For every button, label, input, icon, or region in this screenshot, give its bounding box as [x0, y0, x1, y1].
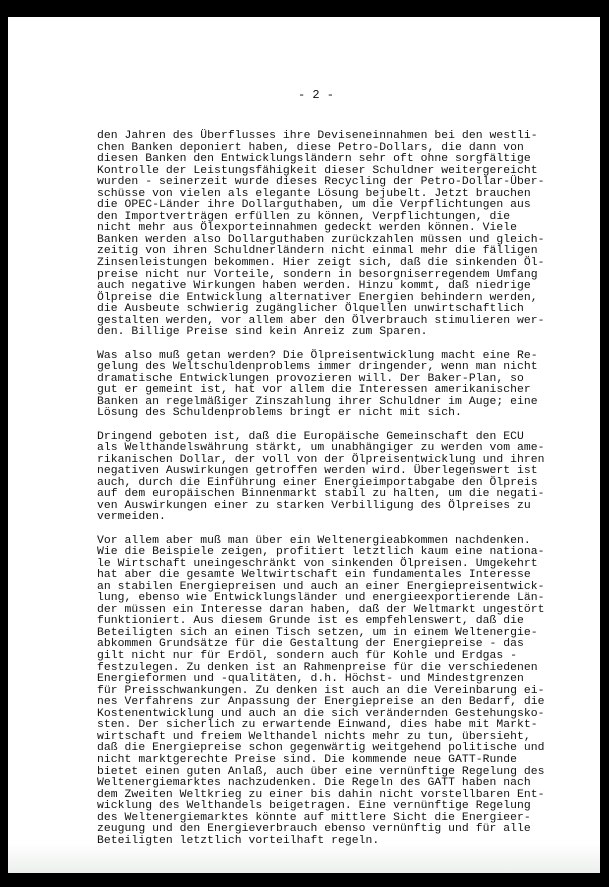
- paragraph-gap: [97, 420, 577, 432]
- paragraph-ecu: Dringend geboten ist, daß die Europäisch…: [97, 432, 577, 524]
- text-line: wurden - seinerzeit wurde dieses Recycli…: [97, 177, 577, 189]
- document-body: den Jahren des Überflusses ihre Devisene…: [97, 131, 577, 847]
- text-line: negativen Auswirkungen getroffen werden …: [97, 466, 577, 478]
- text-line: auch negative Wirkungen haben werden. Hi…: [97, 281, 577, 293]
- text-line: nicht marktgerechte Preise sind. Die kom…: [97, 755, 577, 767]
- paragraph-weltenergieabkommen: Vor allem aber muß man über ein Weltener…: [97, 536, 577, 848]
- text-line: wicklung des Welthandels beigetragen. Ei…: [97, 801, 577, 813]
- text-line: Weltenergiemarktes nachzudenken. Die Reg…: [97, 778, 577, 790]
- paragraph-petro-dollars: den Jahren des Überflusses ihre Devisene…: [97, 131, 577, 339]
- text-line: gilt nicht nur für Erdöl, sondern auch f…: [97, 651, 577, 663]
- page-number: - 2 -: [20, 88, 609, 102]
- paragraph-gap: [97, 339, 577, 351]
- text-line: Wie die Beispiele zeigen, profitiert let…: [97, 547, 577, 559]
- text-line: diesen Banken den Entwicklungsländern se…: [97, 154, 577, 166]
- text-line: den. Billige Preise sind kein Anreiz zum…: [97, 327, 577, 339]
- text-line: gelung des Weltschuldenproblems immer dr…: [97, 362, 577, 374]
- document-page: - 2 - den Jahren des Überflusses ihre De…: [8, 17, 600, 873]
- text-line: Lösung des Schuldenproblems bringt er ni…: [97, 408, 577, 420]
- text-line: den Jahren des Überflusses ihre Devisene…: [97, 131, 577, 143]
- text-line: ven Auswirkungen einer zu starken Verbil…: [97, 501, 577, 513]
- text-line: gut er gemeint ist, hat vor allem die In…: [97, 385, 577, 397]
- text-line: Zinsenleistungen bekommen. Hier zeigt si…: [97, 258, 577, 270]
- text-line: vermeiden.: [97, 512, 577, 524]
- paragraph-gap: [97, 524, 577, 536]
- text-line: als Welthandelswährung stärkt, um unabhä…: [97, 443, 577, 455]
- paragraph-baker-plan: Was also muß getan werden? Die Ölpreisen…: [97, 351, 577, 420]
- text-line: Energieformen und -qualitäten, d.h. Höch…: [97, 674, 577, 686]
- text-line: Beteiligten letztlich vorteilhaft regeln…: [97, 836, 577, 848]
